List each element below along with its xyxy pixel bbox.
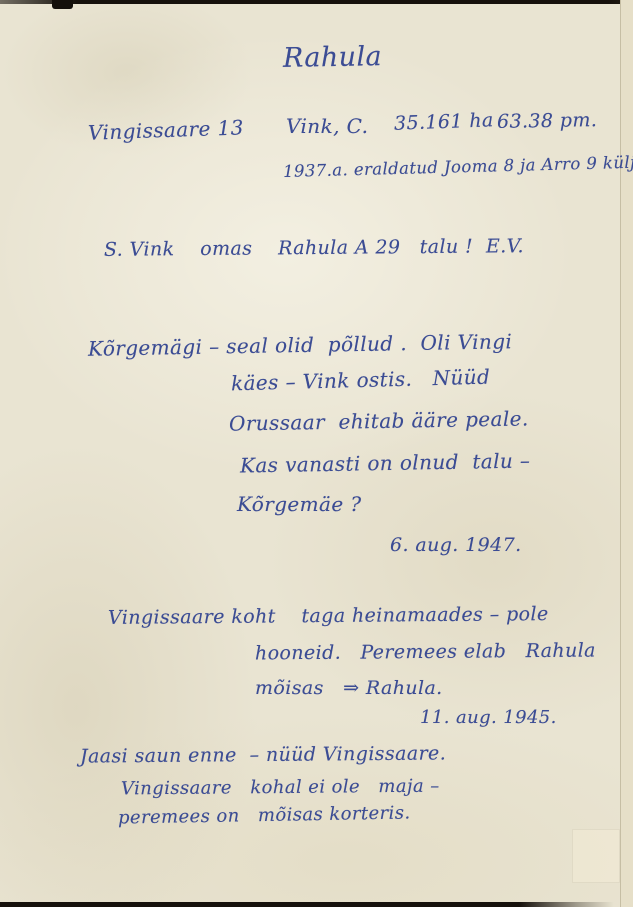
owner-name: Vink, C. <box>286 114 368 138</box>
ownership-line: S. Vink omas Rahula A 29 talu ! E.V. <box>104 235 524 261</box>
underlying-sheet-corner <box>572 829 620 883</box>
jaasi-note-line-2: Vingissaare kohal ei ole maja – <box>121 776 440 800</box>
scan-edge-bottom <box>0 902 633 907</box>
jaasi-note-line-1: Jaasi saun enne – nüüd Vingissaare. <box>80 742 446 767</box>
place-name: Vingissaare 13 <box>88 115 244 144</box>
korgemagi-note-line-5: Kõrgemäe ? <box>237 492 361 516</box>
vingissaare-note-line-1: Vingissaare koht taga heinamaades – pole <box>108 603 549 629</box>
scan-edge-notch <box>52 0 73 9</box>
korgemagi-note-line-4: Kas vanasti on olnud talu – <box>240 448 531 477</box>
vingissaare-note-line-3: mõisas ⇒ Rahula. <box>255 677 443 699</box>
land-valuation: 63.38 pm. <box>497 109 598 133</box>
korgemagi-note-date: 6. aug. 1947. <box>390 534 522 556</box>
scanned-document: Rahula Vingissaare 13 Vink, C. 35.161 ha… <box>0 0 633 907</box>
korgemagi-note-line-2: käes – Vink ostis. Nüüd <box>231 365 491 396</box>
land-area: 35.161 ha <box>394 109 494 134</box>
vingissaare-note-date: 11. aug. 1945. <box>420 707 557 728</box>
korgemagi-note-line-3: Orussaar ehitab ääre peale. <box>229 406 529 435</box>
scan-edge-top <box>0 0 633 4</box>
scan-edge-right <box>620 0 633 907</box>
vingissaare-note-line-2: hooneid. Peremees elab Rahula <box>255 640 596 665</box>
korgemagi-note-line-1: Kõrgemägi – seal olid põllud . Oli Vingi <box>88 329 513 360</box>
jaasi-note-line-3: peremees on mõisas korteris. <box>118 802 411 828</box>
origin-note: 1937.a. eraldatud Jooma 8 ja Arro 9 külj… <box>283 152 633 181</box>
card-title: Rahula <box>283 41 382 74</box>
